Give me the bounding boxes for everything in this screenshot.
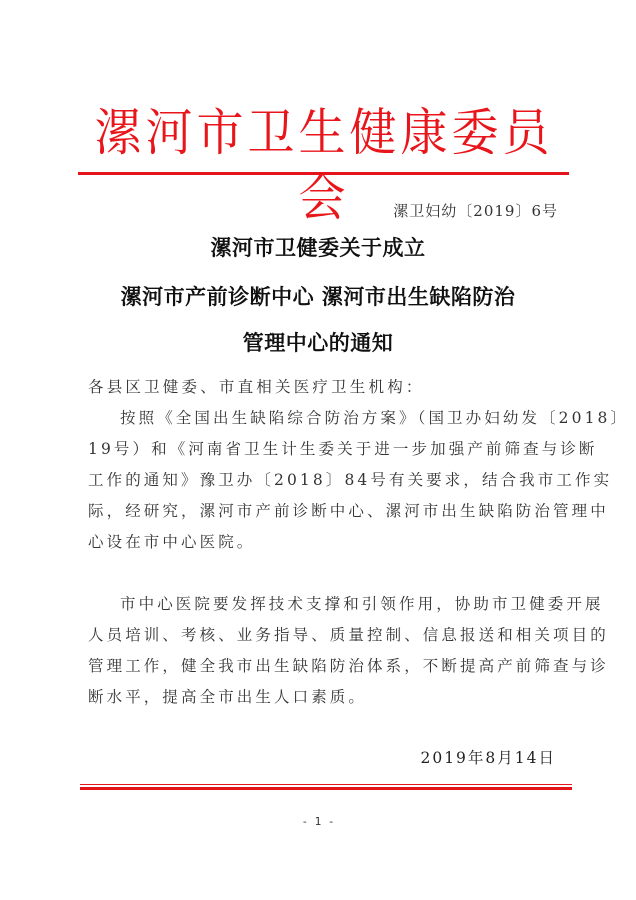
- paragraph-line: 断水平，提高全市出生人口素质。: [88, 682, 564, 713]
- paragraph-line: 人员培训、考核、业务指导、质量控制、信息报送和相关项目的: [88, 620, 564, 651]
- paragraph-line: 19号）和《河南省卫生计生委关于进一步加强产前筛查与诊断: [88, 434, 564, 465]
- page-number: - 1 -: [0, 815, 636, 828]
- footer-red-rule-thin: [80, 784, 572, 785]
- body-paragraph-1: 按照《全国出生缺陷综合防治方案》（国卫办妇幼发〔2018〕 19号）和《河南省卫…: [88, 403, 564, 558]
- footer-red-rule-thick: [80, 787, 572, 790]
- paragraph-line: 按照《全国出生缺陷综合防治方案》（国卫办妇幼发〔2018〕: [88, 403, 564, 434]
- document-number: 漯卫妇幼〔2019〕6号: [393, 200, 558, 221]
- issue-date: 2019年8月14日: [420, 746, 556, 768]
- paragraph-line: 际，经研究，漯河市产前诊断中心、漯河市出生缺陷防治管理中: [88, 496, 564, 527]
- body-paragraph-2: 市中心医院要发挥技术支撑和引领作用，协助市卫健委开展 人员培训、考核、业务指导、…: [88, 589, 564, 713]
- paragraph-line: 心设在市中心医院。: [88, 527, 564, 558]
- title-line-1: 漯河市卫健委关于成立: [60, 232, 576, 262]
- masthead-title: 漯河市卫生健康委员会: [78, 102, 570, 167]
- title-line-3: 管理中心的通知: [60, 327, 576, 357]
- addressee-line: 各县区卫健委、市直相关医疗卫生机构：: [88, 375, 425, 397]
- paragraph-line: 工作的通知》豫卫办〔2018〕84号有关要求，结合我市工作实: [88, 465, 564, 496]
- title-line-2: 漯河市产前诊断中心 漯河市出生缺陷防治: [60, 281, 576, 311]
- masthead-red-rule: [78, 172, 569, 175]
- paragraph-line: 管理工作，健全我市出生缺陷防治体系，不断提高产前筛查与诊: [88, 651, 564, 682]
- paragraph-line: 市中心医院要发挥技术支撑和引领作用，协助市卫健委开展: [88, 589, 564, 620]
